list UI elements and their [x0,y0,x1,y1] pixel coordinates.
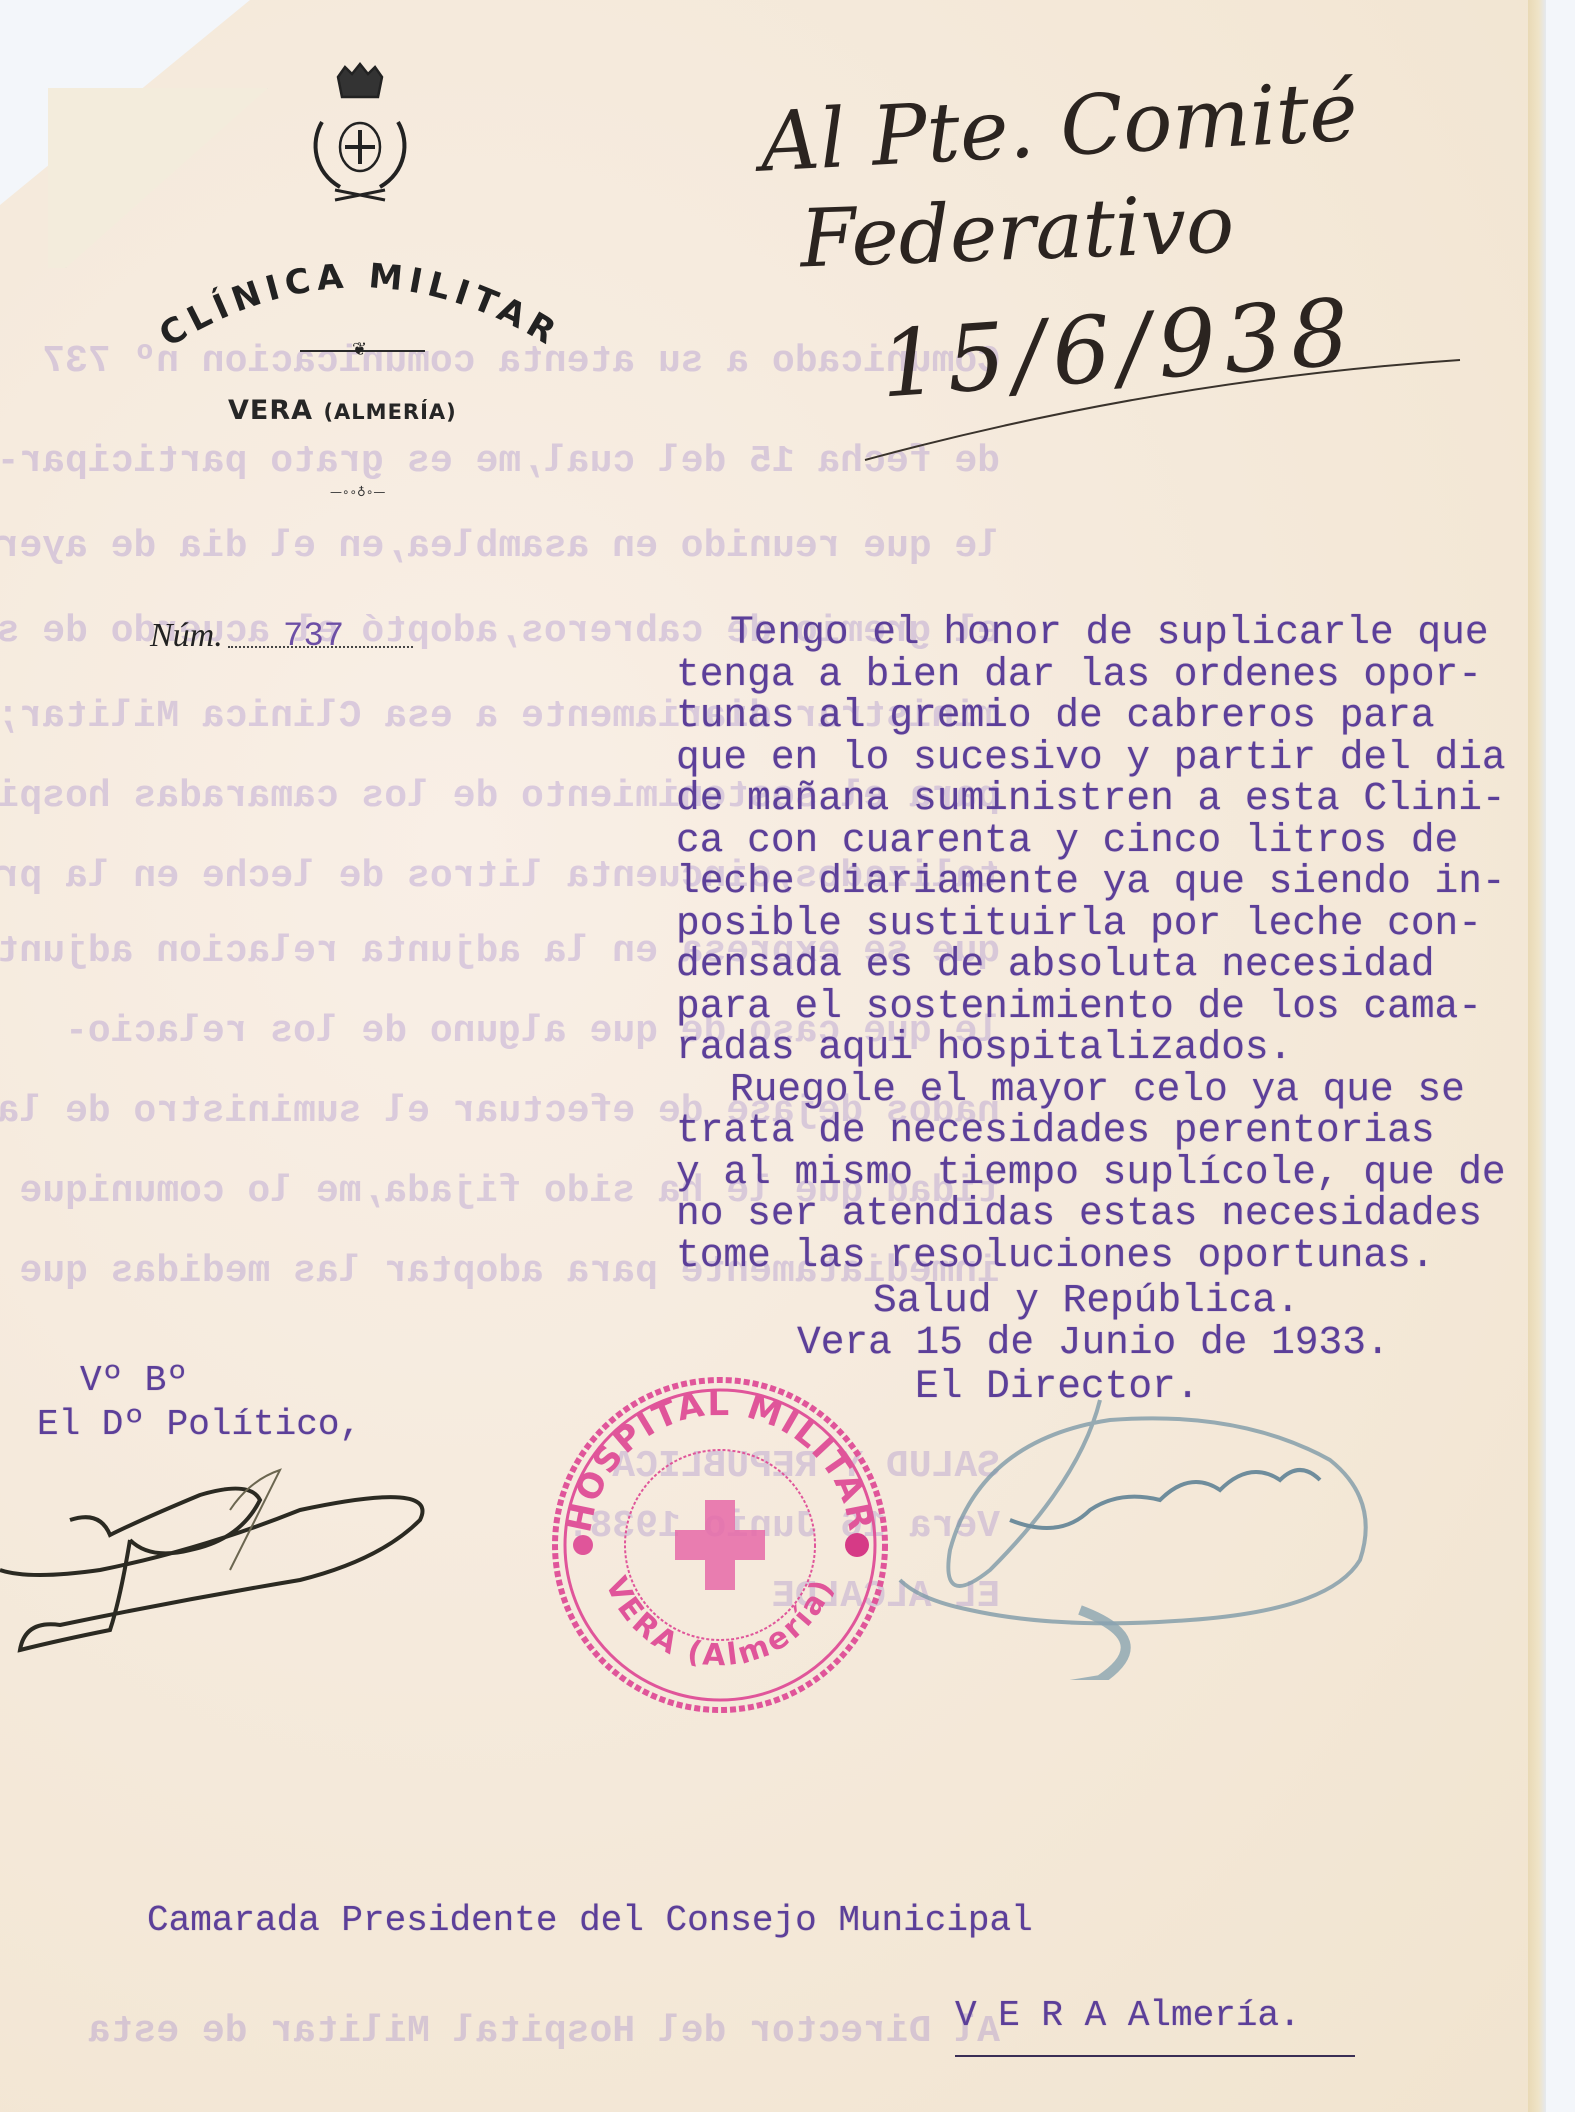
body-line: posible sustituirla por leche con- [676,903,1482,945]
city: VERA [228,395,313,426]
place-date: Vera 15 de Junio de 1933. [797,1322,1390,1364]
body-line: que en lo sucesivo y partir del dia [676,737,1506,779]
red-cross-icon [675,1500,765,1590]
underlying-page-edge [1528,0,1546,2112]
coat-of-arms-icon [300,62,420,202]
body-line: para el sostenimiento de los cama- [676,986,1482,1028]
body-line: trata de necesidades perentorias [676,1110,1435,1152]
body-line: no ser atendidas estas necesidades [676,1193,1482,1235]
director-signature [860,1380,1420,1680]
body-line: de mañana suministren a esta Clini- [676,778,1506,820]
hospital-militar-stamp: HOSPITAL MILITAR VERA (Almería) [545,1370,895,1720]
reference-label: Núm. [150,617,223,655]
body-line: leche diariamente ya que siendo in- [676,861,1506,903]
province: (ALMERÍA) [323,400,456,424]
annotation-line2: Federativo [799,177,1236,285]
salutation: Salud y República. [873,1280,1300,1322]
rosette-icon [573,1535,593,1555]
body-line: tenga a bien dar las ordenes opor- [676,654,1482,696]
addressee-line2: V E R A Almería. [955,1995,1301,2037]
body-line: Tengo el honor de suplicarle que [730,612,1489,654]
addressee-underline [955,2055,1355,2057]
body-line: densada es de absoluta necesidad [676,944,1435,986]
letterhead-location: VERA (ALMERÍA) [228,395,457,426]
body-line: y al mismo tiempo suplícole, que de [676,1152,1506,1194]
annotation-underline [860,350,1480,470]
bleed-line: de fecha 15 del cual,me es grato partici… [0,440,1000,483]
fleuron-icon: ❦ [352,339,367,360]
body-line: radas aqui hospitalizados. [676,1027,1292,1069]
small-ornament: —∘∘♁∘— [330,485,385,499]
body-line: ca con cuarenta y cinco litros de [676,820,1458,862]
approval-vobo: Vº Bº [80,1360,188,1402]
bleed-line: Al Director del Hospital Militar de esta [88,2010,1000,2053]
body-line: tunas al gremio de cabreros para [676,695,1435,737]
reference-number: 737 [283,618,344,656]
addressee-line1: Camarada Presidente del Consejo Municipa… [147,1900,1033,1942]
political-delegate-signature [0,1440,480,1660]
bleed-line: le que reunido en asamblea,en el dia de … [0,525,1000,568]
body-line: Ruegole el mayor celo ya que se [730,1069,1465,1111]
body-line: tome las resoluciones oportunas. [676,1235,1435,1277]
